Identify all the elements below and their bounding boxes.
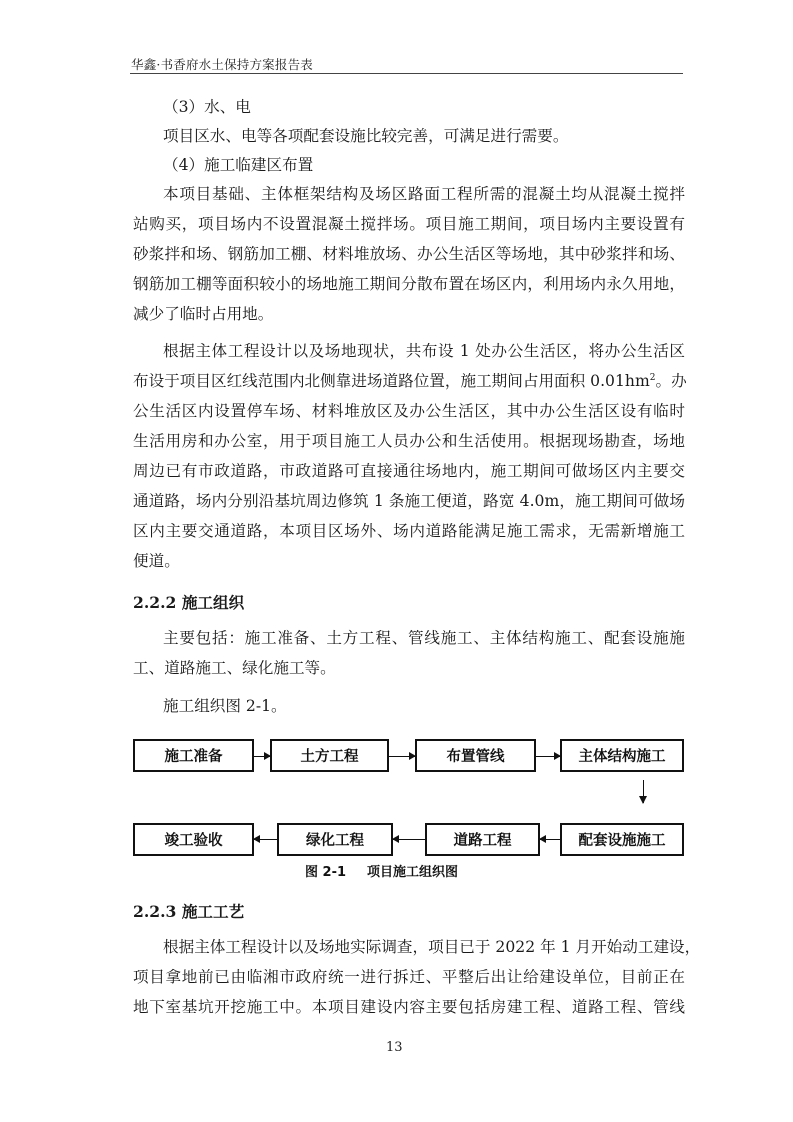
arrow-left-icon (254, 839, 277, 840)
paragraph-line: 钢筋加工棚等面积较小的场地施工期间分散布置在场区内，利用场内永久用地， (133, 274, 685, 294)
paragraph-line-with-superscript: 布设于项目区红线范围内北侧靠进场道路位置，施工期间占用面积 0.01hm2。办 (133, 371, 685, 391)
section-heading-construction-process: 2.2.3 施工工艺 (133, 902, 685, 922)
paragraph-line: 通道路，场内分别沿基坑周边修筑 1 条施工便道，路宽 4.0m，施工期间可做场 (133, 491, 685, 511)
arrow-right-icon (536, 756, 560, 757)
flow-step-preparation: 施工准备 (133, 739, 254, 772)
figure-caption-title: 项目施工组织图 (367, 861, 458, 880)
paragraph-line: 周边已有市政道路，市政道路可直接通往场地内，施工期间可做场区内主要交 (133, 461, 685, 481)
paragraph-text: 。办 (655, 372, 686, 390)
arrow-left-icon (393, 839, 425, 840)
flow-step-main-structure: 主体结构施工 (560, 739, 684, 772)
flow-step-pipelines: 布置管线 (415, 739, 536, 772)
subheading-temporary-area: （4）施工临建区布置 (163, 155, 715, 175)
flow-step-greening: 绿化工程 (277, 823, 393, 856)
flow-step-earthwork: 土方工程 (270, 739, 389, 772)
paragraph-line: 公生活区内设置停车场、材料堆放区及办公生活区，其中办公生活区设有临时 (133, 401, 685, 421)
page-number: 13 (386, 1040, 403, 1055)
paragraph-line: 本项目基础、主体框架结构及场区路面工程所需的混凝土均从混凝土搅拌 (163, 184, 685, 204)
paragraph-line: 根据主体工程设计以及场地现状，共布设 1 处办公生活区，将办公生活区 (163, 341, 685, 361)
subheading-water-electricity: （3）水、电 (163, 97, 715, 117)
paragraph-line: 区内主要交通道路，本项目区场外、场内道路能满足施工需求，无需新增施工 (133, 521, 685, 541)
paragraph-water-electricity: 项目区水、电等各项配套设施比较完善，可满足进行需要。 (163, 126, 715, 146)
paragraph-line: 工、道路施工、绿化施工等。 (133, 658, 685, 678)
paragraph-line: 生活用房和办公室，用于项目施工人员办公和生活使用。根据现场勘查，场地 (133, 431, 685, 451)
paragraph-line: 主要包括：施工准备、土方工程、管线施工、主体结构施工、配套设施施 (163, 628, 685, 648)
figure-reference: 施工组织图 2-1。 (163, 696, 715, 716)
paragraph-line: 减少了临时占用地。 (133, 304, 685, 324)
figure-caption-number: 图 2-1 (305, 861, 346, 880)
paragraph-line: 砂浆拌和场、钢筋加工棚、材料堆放场、办公生活区等场地，其中砂浆拌和场、 (133, 244, 685, 264)
flow-step-supporting-facilities: 配套设施施工 (560, 823, 684, 856)
flow-step-roads: 道路工程 (425, 823, 540, 856)
arrow-right-icon (389, 756, 415, 757)
paragraph-line: 地下室基坑开挖施工中。本项目建设内容主要包括房建工程、道路工程、管线 (133, 997, 685, 1017)
paragraph-line: 项目拿地前已由临湘市政府统一进行拆迁、平整后出让给建设单位，目前正在 (133, 967, 685, 987)
running-header: 华鑫·书香府水土保持方案报告表 (131, 55, 313, 73)
arrow-right-icon (254, 756, 270, 757)
arrow-left-icon (540, 839, 560, 840)
header-divider (130, 73, 683, 74)
section-heading-construction-organization: 2.2.2 施工组织 (133, 593, 685, 613)
document-page: 华鑫·书香府水土保持方案报告表 （3）水、电 项目区水、电等各项配套设施比较完善… (0, 0, 793, 1122)
paragraph-text: 布设于项目区红线范围内北侧靠进场道路位置，施工期间占用面积 0.01hm (133, 372, 650, 390)
flow-step-completion-acceptance: 竣工验收 (133, 823, 254, 856)
arrow-down-icon (643, 780, 644, 803)
paragraph-line: 便道。 (133, 551, 685, 571)
paragraph-line: 根据主体工程设计以及场地实际调查，项目已于 2022 年 1 月开始动工建设， (163, 937, 685, 957)
paragraph-line: 站购买，项目场内不设置混凝土搅拌场。项目施工期间，项目场内主要设置有 (133, 214, 685, 234)
